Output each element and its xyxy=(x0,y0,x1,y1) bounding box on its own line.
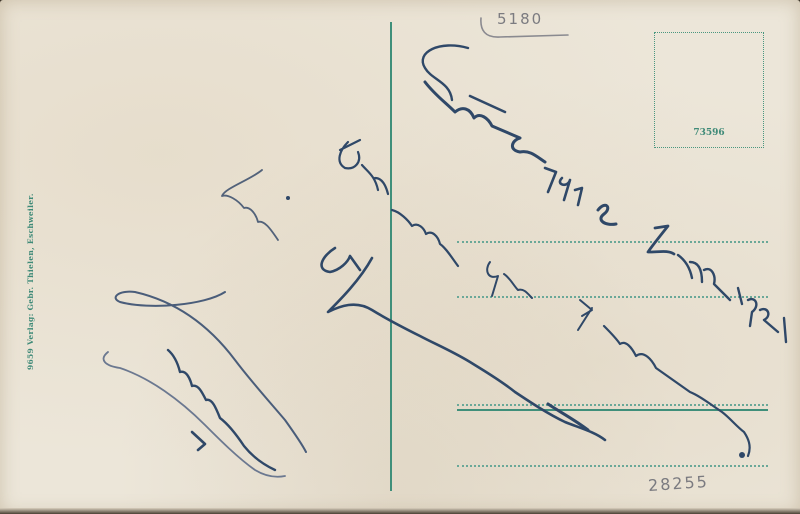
handwriting-ink xyxy=(0,0,800,514)
postcard-back: 9659 Verlag: Gebr. Thielen, Eschweiler. … xyxy=(0,0,800,514)
